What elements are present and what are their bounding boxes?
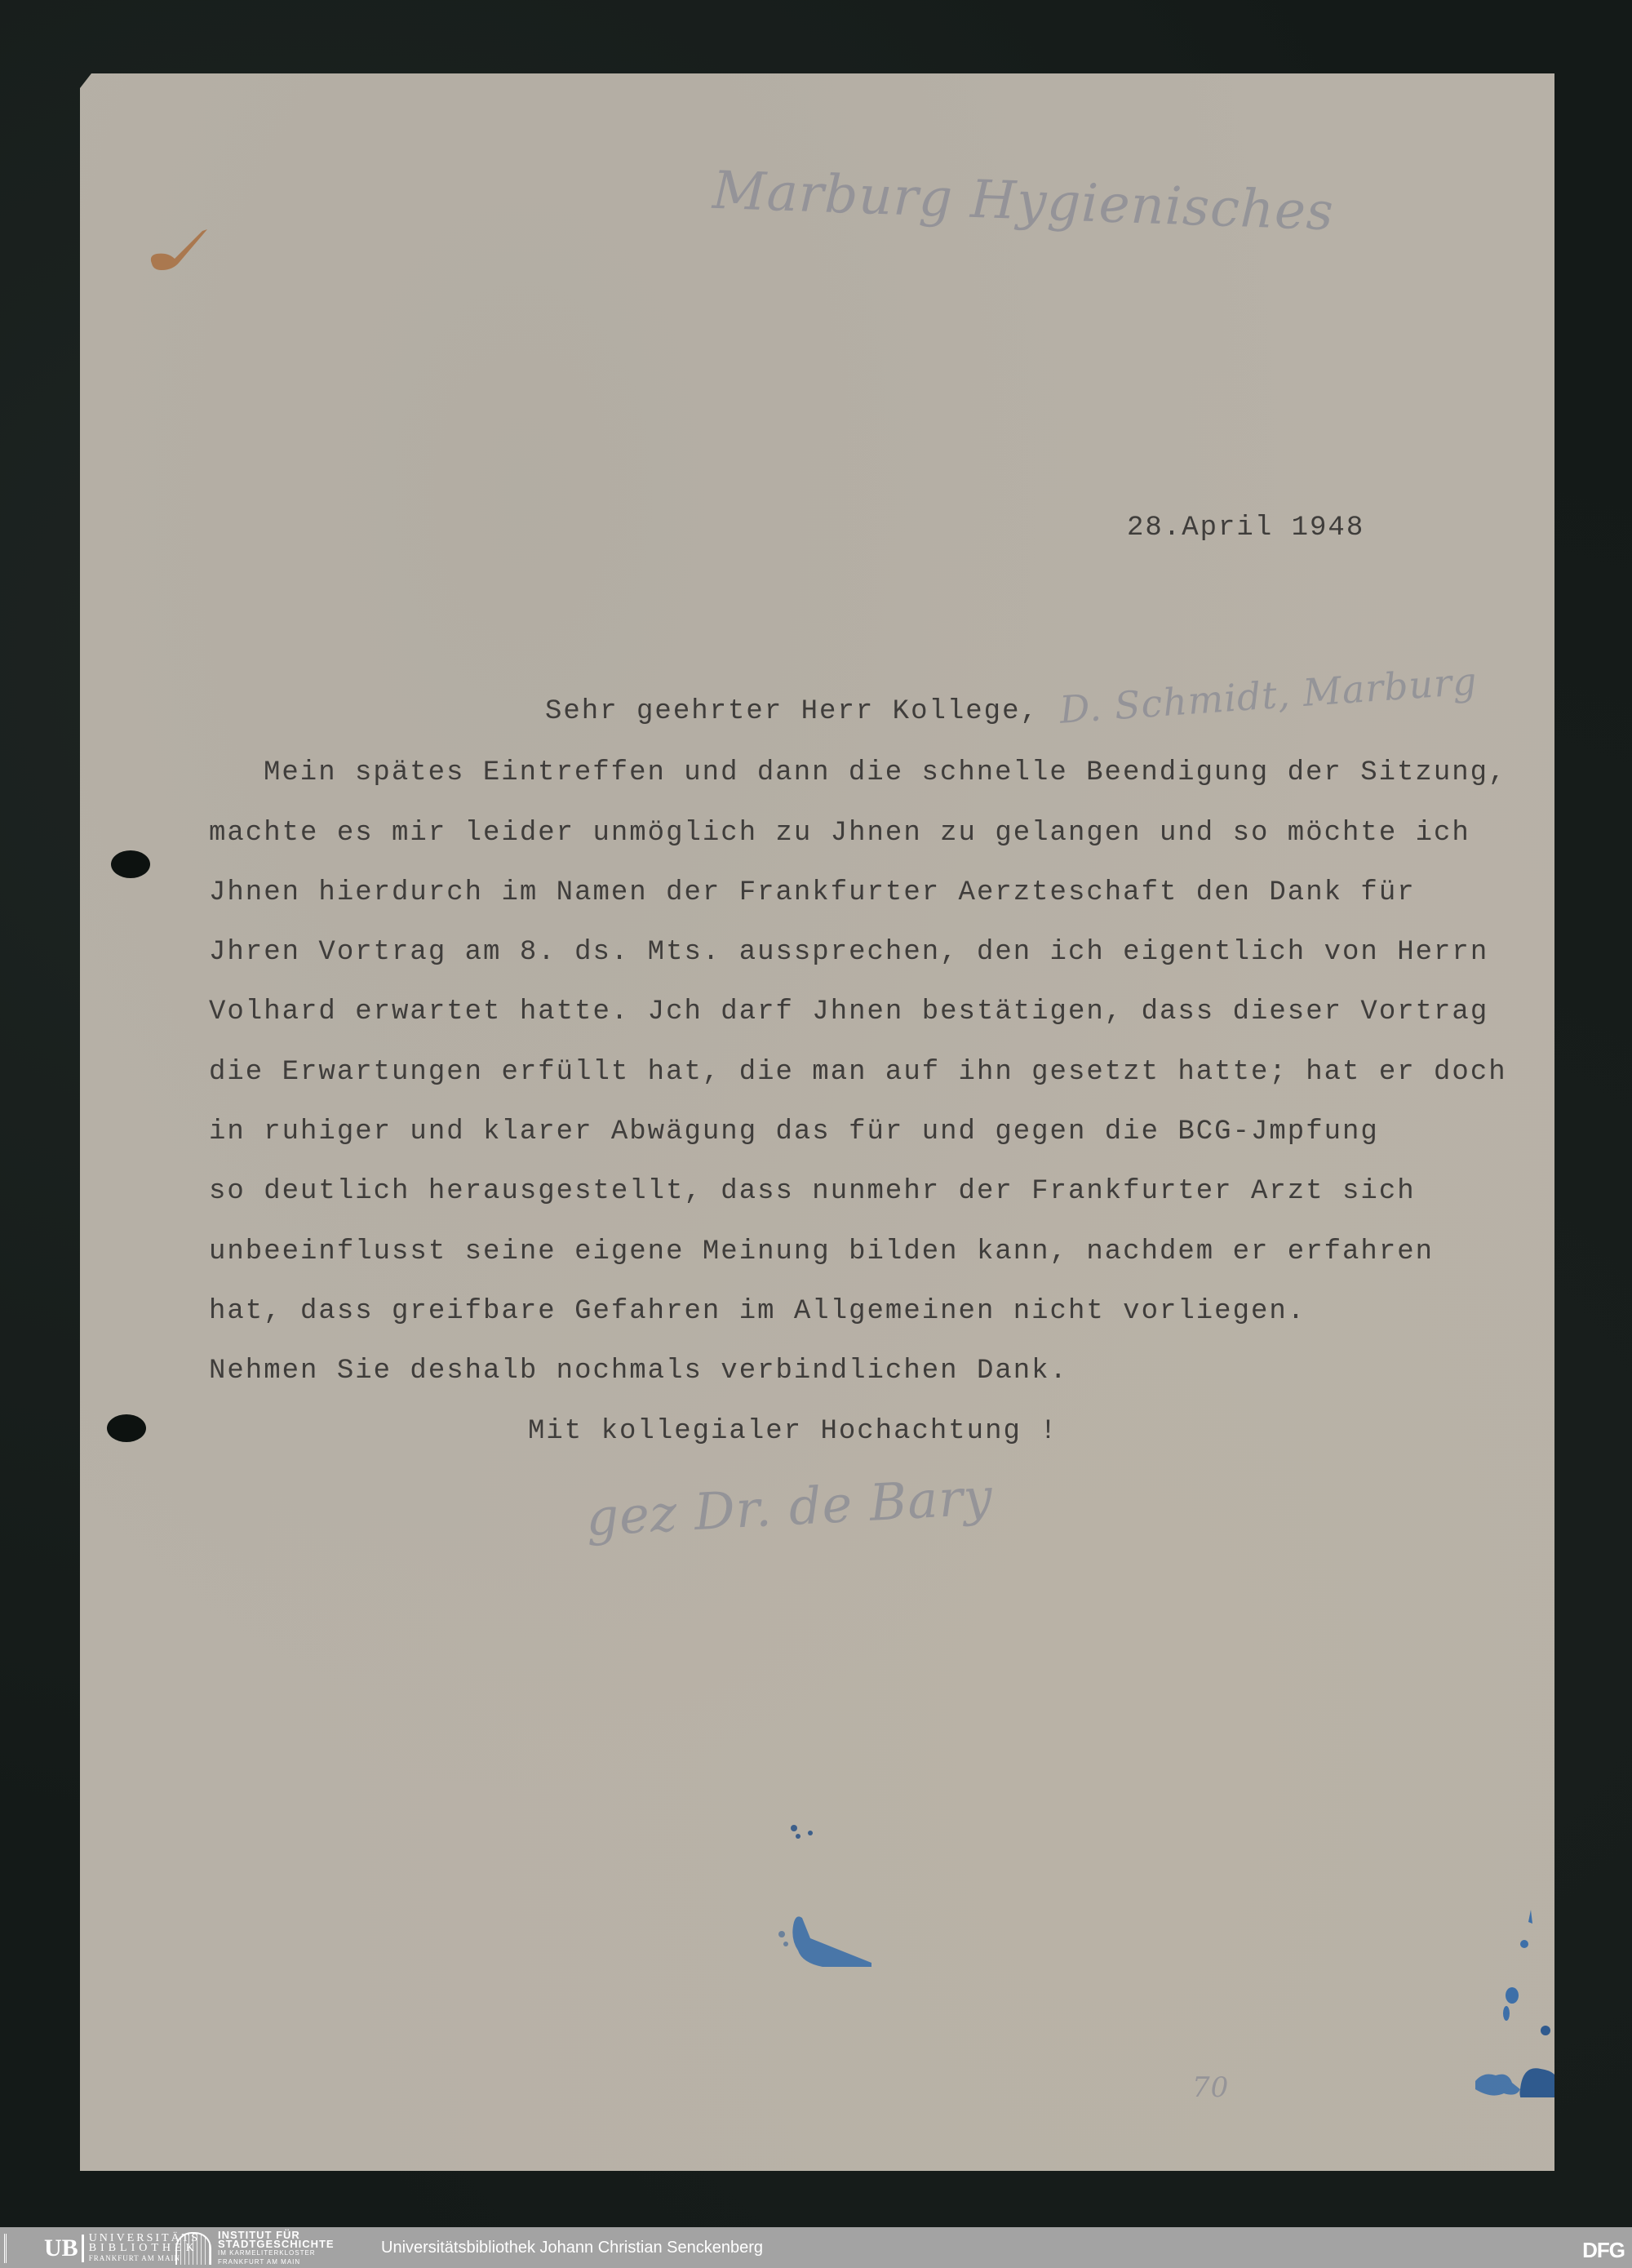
body-line-4: Jhren Vortrag am 8. ds. Mts. aussprechen…: [209, 937, 1488, 968]
isg-line-4: FRANKFURT AM MAIN: [218, 2257, 335, 2266]
body-line-8: so deutlich herausgestellt, dass nunmehr…: [209, 1176, 1416, 1207]
letter-date: 28.April 1948: [1127, 513, 1364, 544]
library-name: Universitätsbibliothek Johann Christian …: [381, 2239, 763, 2257]
punch-hole-bottom: [107, 1414, 146, 1442]
closing: Mit kollegialer Hochachtung !: [528, 1416, 1058, 1447]
punch-hole-top: [111, 850, 150, 878]
body-line-7: in ruhiger und klarer Abwägung das für u…: [209, 1116, 1379, 1147]
blue-ink-stain-corner: [1426, 1844, 1557, 2097]
pencil-note-top: Marburg Hygienisches: [712, 161, 1335, 243]
pencil-page-number: 70: [1192, 2071, 1229, 2104]
blue-ink-stain-center: [708, 1804, 871, 1967]
body-line-9: unbeeinflusst seine eigene Meinung bilde…: [209, 1236, 1434, 1267]
isg-logo: INSTITUT FÜR STADTGESCHICHTE IM KARMELIT…: [175, 2232, 335, 2265]
dfg-logo: DFG: [1582, 2238, 1625, 2263]
pencil-note-recipient: D. Schmidt, Marburg: [1058, 659, 1479, 732]
body-line-2: machte es mir leider unmöglich zu Jhnen …: [209, 818, 1470, 849]
salutation: Sehr geehrter Herr Kollege,: [545, 696, 1039, 727]
body-line-5: Volhard erwartet hatte. Jch darf Jhnen b…: [209, 996, 1488, 1027]
ub-logo: UB UNIVERSITÄTS BIBLIOTHEK FRANKFURT AM …: [4, 2232, 200, 2265]
gothic-arch-icon: [175, 2232, 211, 2265]
archive-footer: UB UNIVERSITÄTS BIBLIOTHEK FRANKFURT AM …: [0, 2227, 1632, 2268]
body-line-3: Jhnen hierdurch im Namen der Frankfurter…: [209, 877, 1416, 908]
body-line-10: hat, dass greifbare Gefahren im Allgemei…: [209, 1296, 1306, 1327]
goethe-portrait-icon: [4, 2234, 39, 2263]
body-line-1: Mein spätes Eintreffen und dann die schn…: [264, 757, 1506, 788]
rust-stain: [145, 216, 219, 282]
letter-page: Marburg Hygienisches 28.April 1948 Sehr …: [80, 73, 1554, 2171]
ub-letters: UB: [44, 2235, 84, 2262]
body-line-6: die Erwartungen erfüllt hat, die man auf…: [209, 1057, 1507, 1088]
pencil-signature: gez Dr. de Bary: [584, 1467, 994, 1547]
isg-line-2: STADTGESCHICHTE: [218, 2239, 335, 2248]
body-line-11: Nehmen Sie deshalb nochmals verbindliche…: [209, 1356, 1068, 1387]
